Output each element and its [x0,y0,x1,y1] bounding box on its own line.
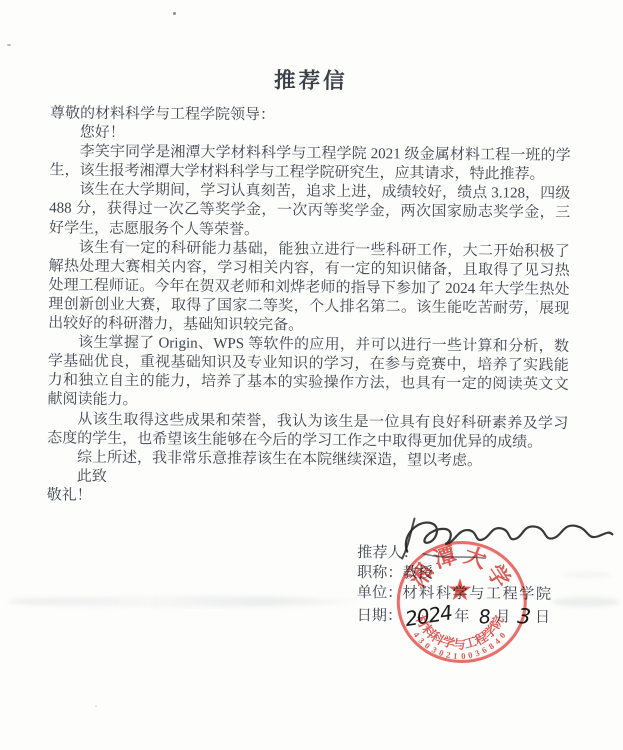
unit-line: 单位：材料科学与工程学院 [357,583,553,605]
seal-code-digit: 0 [423,641,431,650]
date-label: 日期： [357,607,403,624]
body-paragraph: 李笑宇同学是湘潭大学材料科学与工程学院 2021 级金属材料工程一班的学生，该生… [49,143,570,186]
scanned-letter-sheet: 推荐信 尊敬的材料科学与工程学院领导： 您好！ 李笑宇同学是湘潭大学材料科学与工… [0,0,623,750]
job-title-value: 教授 [403,565,434,582]
seal-code-digit: 0 [468,650,474,659]
letter-title: 推荐信 [0,61,622,97]
handwritten-month: 8 [478,608,492,628]
seal-department-char: 与 [453,639,466,652]
body-paragraph: 该生有一定的科研能力基础，能独立进行一些科研工作，大二开始积极了解热处理大赛相关… [48,238,570,338]
seal-department-char: 科 [429,630,446,647]
seal-code-digit: 0 [497,631,506,640]
salute-phrase: 敬礼！ [47,486,568,510]
seal-code-digit: 3 [417,636,426,645]
seal-department-char: 程 [473,631,490,648]
seal-code-digit: 0 [461,652,466,661]
seal-code-digit: 1 [453,651,458,660]
handwritten-day: 3 [516,606,531,628]
seal-department-char: 工 [463,636,478,651]
paragraph-container: 李笑宇同学是湘潭大学材料科学与工程学院 2021 级金属材料工程一班的学生，该生… [47,143,571,472]
seal-code-digit: 4 [412,631,421,640]
seal-code-digit: 4 [492,637,501,646]
day-unit: 日 [535,609,550,626]
seal-code-digit: 3 [430,645,438,654]
year-unit: 年 [454,608,469,625]
unit-label: 单位： [357,584,403,601]
seal-department-char: 学 [440,636,455,651]
seal-code-digit: 8 [487,641,495,650]
body-paragraph: 该生在大学期间，学习认真刻苦，追求上进，成绩较好，绩点 3.128，四级 488… [49,181,570,243]
seal-code-digit: 2 [445,650,451,659]
job-title-label: 职称： [357,564,403,581]
body-paragraph: 该生掌握了 Origin、WPS 等软件的应用，并可以进行一些计算和分析，数学基… [47,334,569,415]
job-title-line: 职称：教授 [357,563,553,585]
unit-value: 材料科学与工程学院 [402,585,552,603]
seal-code-digit: 0 [437,648,444,657]
seal-code-digit: 6 [481,645,489,655]
date-line: 日期：2024年8月3日 [357,603,553,625]
page-content: 推荐信 尊敬的材料科学与工程学院领导： 您好！ 李笑宇同学是湘潭大学材料科学与工… [0,0,623,750]
seal-code-digit: 3 [474,648,481,657]
handwritten-signature [399,514,615,566]
month-unit: 月 [495,608,510,625]
letter-body: 尊敬的材料科学与工程学院领导： 您好！ 李笑宇同学是湘潭大学材料科学与工程学院 … [47,104,571,510]
body-paragraph: 从该生取得这些成果和荣誉，我认为该生是一位具有良好科研素养及学习态度的学生，也希… [47,410,568,453]
handwritten-year: 2024 [403,602,452,629]
